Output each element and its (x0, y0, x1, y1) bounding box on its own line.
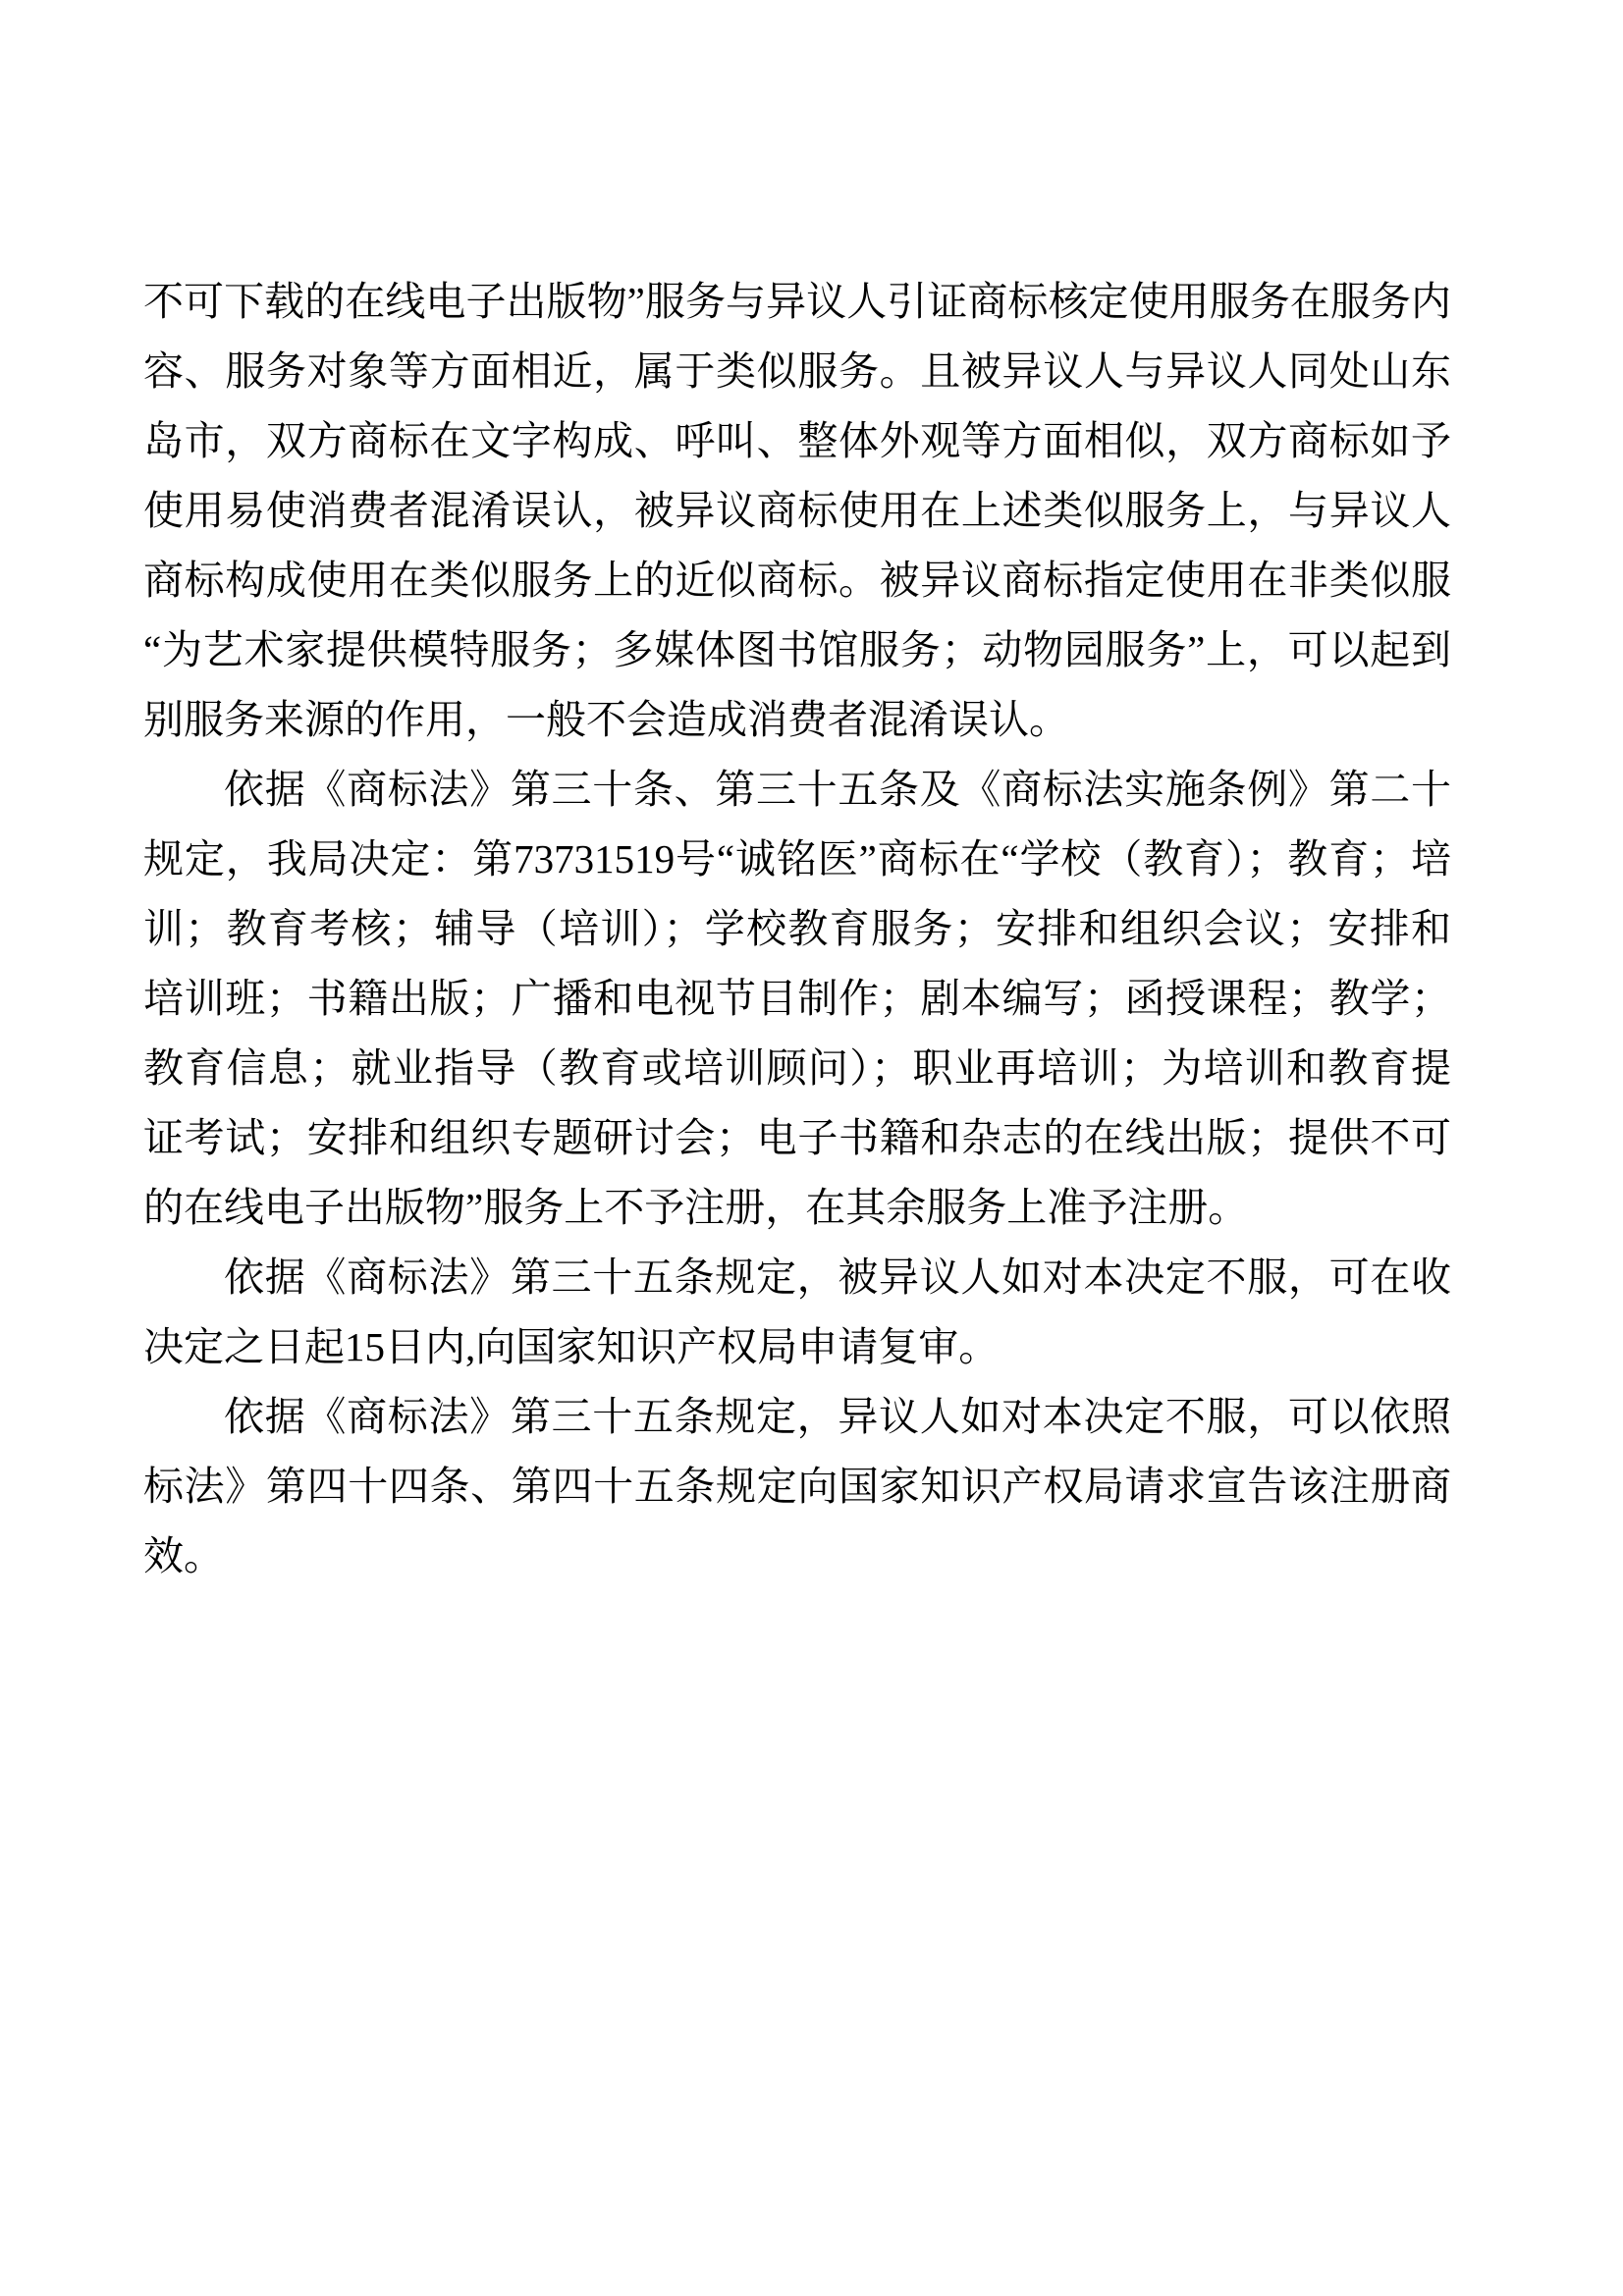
text-line: 的在线电子出版物”服务上不予注册，在其余服务上准予注册。 (143, 1173, 1451, 1243)
text-line: 决定之日起15日内,向国家知识产权局申请复审。 (143, 1312, 1451, 1382)
text-line: 不可下载的在线电子出版物”服务与异议人引证商标核定使用服务在服务内 (143, 267, 1451, 337)
text-line: 规定，我局决定：第73731519号“诚铭医”商标在“学校（教育）；教育；培 (143, 825, 1451, 894)
text-line: 标法》第四十四条、第四十五条规定向国家知识产权局请求宣告该注册商标无 (143, 1452, 1451, 1522)
text-line: 培训班；书籍出版；广播和电视节目制作；剧本编写；函授课程；教学；提供 (143, 964, 1451, 1034)
text-line: 效。 (143, 1522, 1451, 1591)
text-line: 岛市，双方商标在文字构成、呼叫、整体外观等方面相似，双方商标如予并存 (143, 406, 1451, 476)
text-line: 依据《商标法》第三十五条规定，异议人如对本决定不服，可以依照《商 (143, 1382, 1451, 1452)
text-line: 商标构成使用在类似服务上的近似商标。被异议商标指定使用在非类似服务 (143, 546, 1451, 615)
text-line: 容、服务对象等方面相近，属于类似服务。且被异议人与异议人同处山东省青 (143, 337, 1451, 406)
text-line: 别服务来源的作用，一般不会造成消费者混淆误认。 (143, 685, 1451, 755)
text-line: 训；教育考核；辅导（培训）；学校教育服务；安排和组织会议；安排和组织 (143, 894, 1451, 964)
text-line: “为艺术家提供模特服务；多媒体图书馆服务；动物园服务”上，可以起到区 (143, 615, 1451, 685)
text-line: 证考试；安排和组织专题研讨会；电子书籍和杂志的在线出版；提供不可下载 (143, 1103, 1451, 1173)
text-line: 教育信息；就业指导（教育或培训顾问）；职业再培训；为培训和教育提供认 (143, 1034, 1451, 1103)
text-line: 依据《商标法》第三十五条规定，被异议人如对本决定不服，可在收到本 (143, 1243, 1451, 1312)
text-line: 使用易使消费者混淆误认，被异议商标使用在上述类似服务上，与异议人引证 (143, 476, 1451, 546)
document-body: 不可下载的在线电子出版物”服务与异议人引证商标核定使用服务在服务内容、服务对象等… (143, 267, 1451, 1591)
text-line: 依据《商标法》第三十条、第三十五条及《商标法实施条例》第二十八条 (143, 755, 1451, 825)
document-page: 不可下载的在线电子出版物”服务与异议人引证商标核定使用服务在服务内容、服务对象等… (0, 0, 1623, 2296)
